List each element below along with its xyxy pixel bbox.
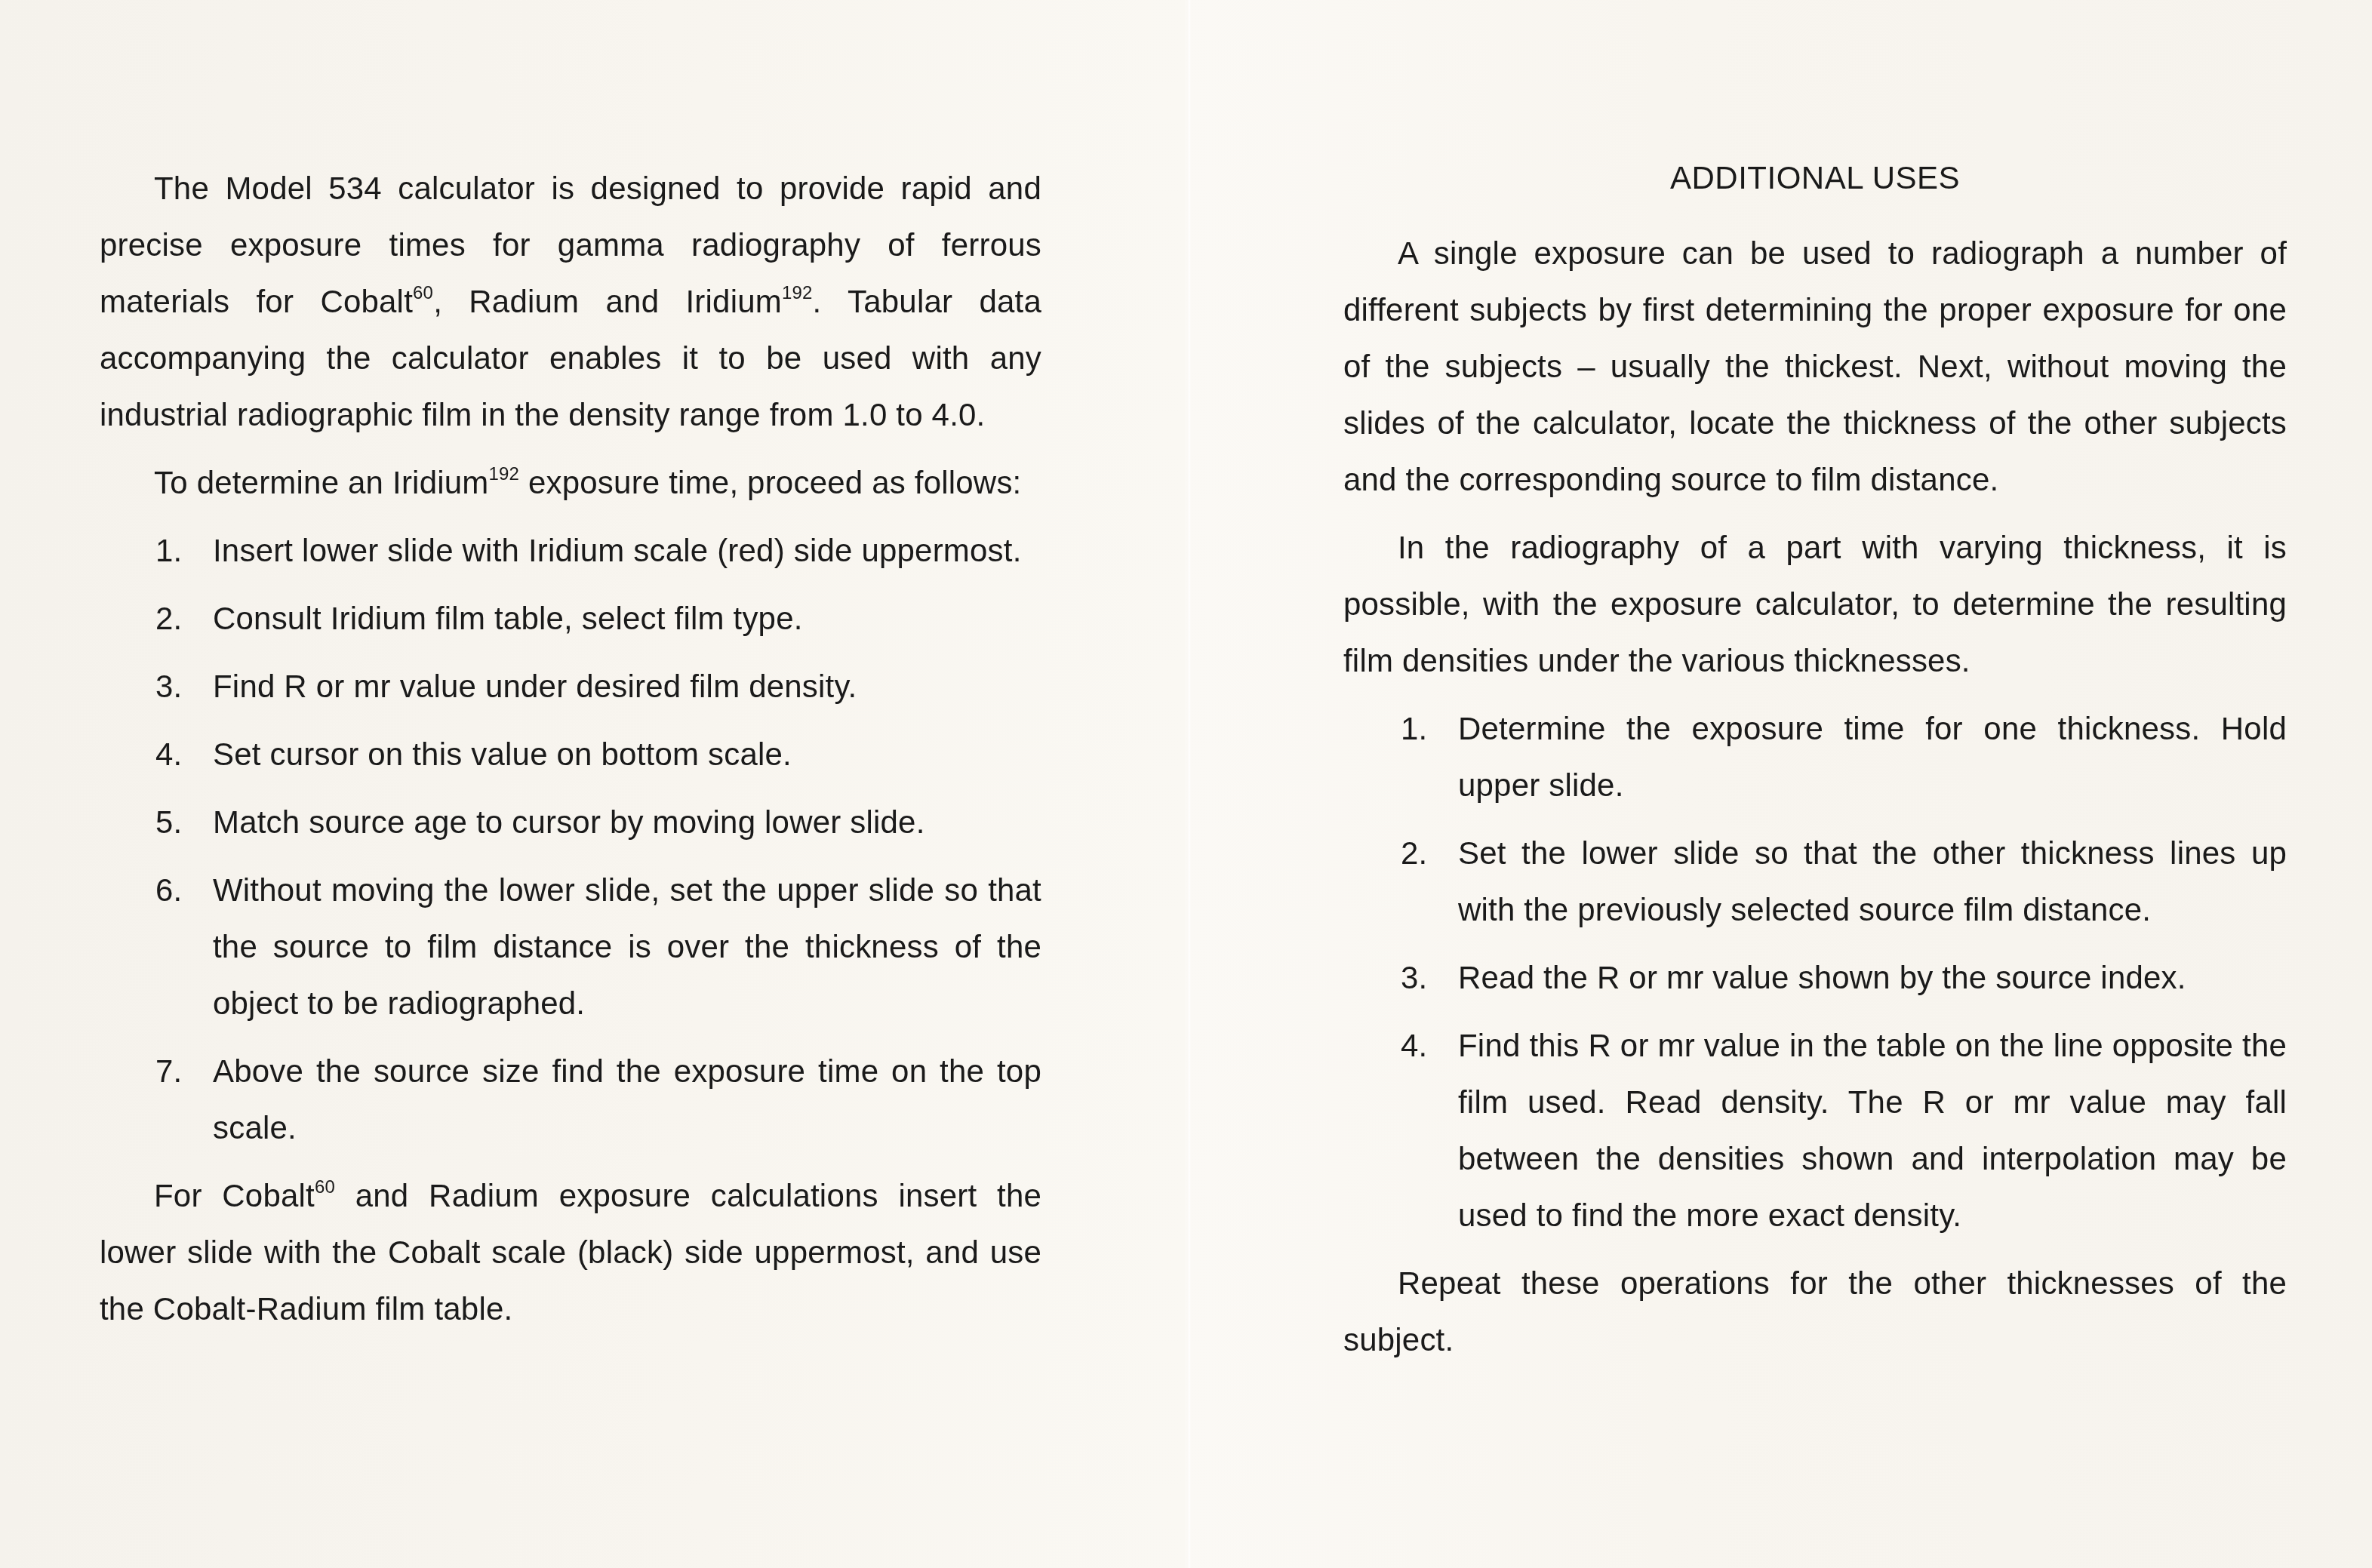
right-column: ADDITIONAL USES A single exposure can be… xyxy=(1343,149,2287,1379)
step-text: Read the R or mr value shown by the sour… xyxy=(1458,960,2186,995)
intro-text-2: , Radium and Iridium xyxy=(433,284,782,319)
step-number: 4. xyxy=(155,726,182,782)
step-number: 5. xyxy=(155,794,182,850)
step-number: 6. xyxy=(155,862,182,918)
procedure-intro: To determine an Iridium192 exposure time… xyxy=(100,454,1041,511)
procedure-intro-text-1: To determine an Iridium xyxy=(154,465,488,500)
step-text: Above the source size find the exposure … xyxy=(213,1053,1041,1145)
step-text: Find R or mr value under desired film de… xyxy=(213,669,857,704)
list-item: 5.Match source age to cursor by moving l… xyxy=(100,794,1041,850)
list-item: 3.Find R or mr value under desired film … xyxy=(100,658,1041,715)
step-text: Match source age to cursor by moving low… xyxy=(213,804,925,840)
step-text: Set the lower slide so that the other th… xyxy=(1458,835,2287,927)
list-item: 2.Set the lower slide so that the other … xyxy=(1343,825,2287,938)
iridium-procedure-steps: 1.Insert lower slide with Iridium scale … xyxy=(100,522,1041,1156)
list-item: 4.Set cursor on this value on bottom sca… xyxy=(100,726,1041,782)
density-procedure-steps: 1.Determine the exposure time for one th… xyxy=(1343,700,2287,1244)
step-number: 3. xyxy=(1401,949,1427,1006)
step-text: Consult Iridium film table, select film … xyxy=(213,601,803,636)
section-heading: ADDITIONAL USES xyxy=(1343,160,2287,196)
procedure-intro-text-2: exposure time, proceed as follows: xyxy=(519,465,1021,500)
step-number: 1. xyxy=(155,522,182,579)
step-number: 4. xyxy=(1401,1017,1427,1074)
additional-uses-paragraph-2: In the radiography of a part with varyin… xyxy=(1343,519,2287,689)
iridium-isotope-superscript: 192 xyxy=(782,283,813,303)
cobalt-isotope-superscript: 60 xyxy=(315,1177,335,1198)
step-number: 2. xyxy=(155,590,182,647)
list-item: 7.Above the source size find the exposur… xyxy=(100,1043,1041,1156)
cobalt-isotope-superscript: 60 xyxy=(413,283,433,303)
list-item: 3.Read the R or mr value shown by the so… xyxy=(1343,949,2287,1006)
intro-paragraph: The Model 534 calculator is designed to … xyxy=(100,160,1041,443)
list-item: 6.Without moving the lower slide, set th… xyxy=(100,862,1041,1031)
step-text: Insert lower slide with Iridium scale (r… xyxy=(213,533,1022,568)
additional-uses-paragraph-1: A single exposure can be used to radiogr… xyxy=(1343,225,2287,508)
list-item: 2.Consult Iridium film table, select fil… xyxy=(100,590,1041,647)
step-number: 2. xyxy=(1401,825,1427,881)
list-item: 1.Determine the exposure time for one th… xyxy=(1343,700,2287,813)
step-number: 7. xyxy=(155,1043,182,1099)
cobalt-note-text-1: For Cobalt xyxy=(154,1178,315,1213)
step-number: 3. xyxy=(155,658,182,715)
closing-paragraph: Repeat these operations for the other th… xyxy=(1343,1255,2287,1368)
cobalt-note: For Cobalt60 and Radium exposure calcula… xyxy=(100,1167,1041,1337)
step-text: Set cursor on this value on bottom scale… xyxy=(213,736,792,772)
iridium-isotope-superscript: 192 xyxy=(488,464,519,484)
list-item: 4.Find this R or mr value in the table o… xyxy=(1343,1017,2287,1244)
step-text: Find this R or mr value in the table on … xyxy=(1458,1028,2287,1233)
left-column: The Model 534 calculator is designed to … xyxy=(100,160,1041,1348)
step-text: Without moving the lower slide, set the … xyxy=(213,872,1041,1021)
list-item: 1.Insert lower slide with Iridium scale … xyxy=(100,522,1041,579)
step-text: Determine the exposure time for one thic… xyxy=(1458,711,2287,803)
page-fold xyxy=(1188,0,1191,1568)
step-number: 1. xyxy=(1401,700,1427,757)
